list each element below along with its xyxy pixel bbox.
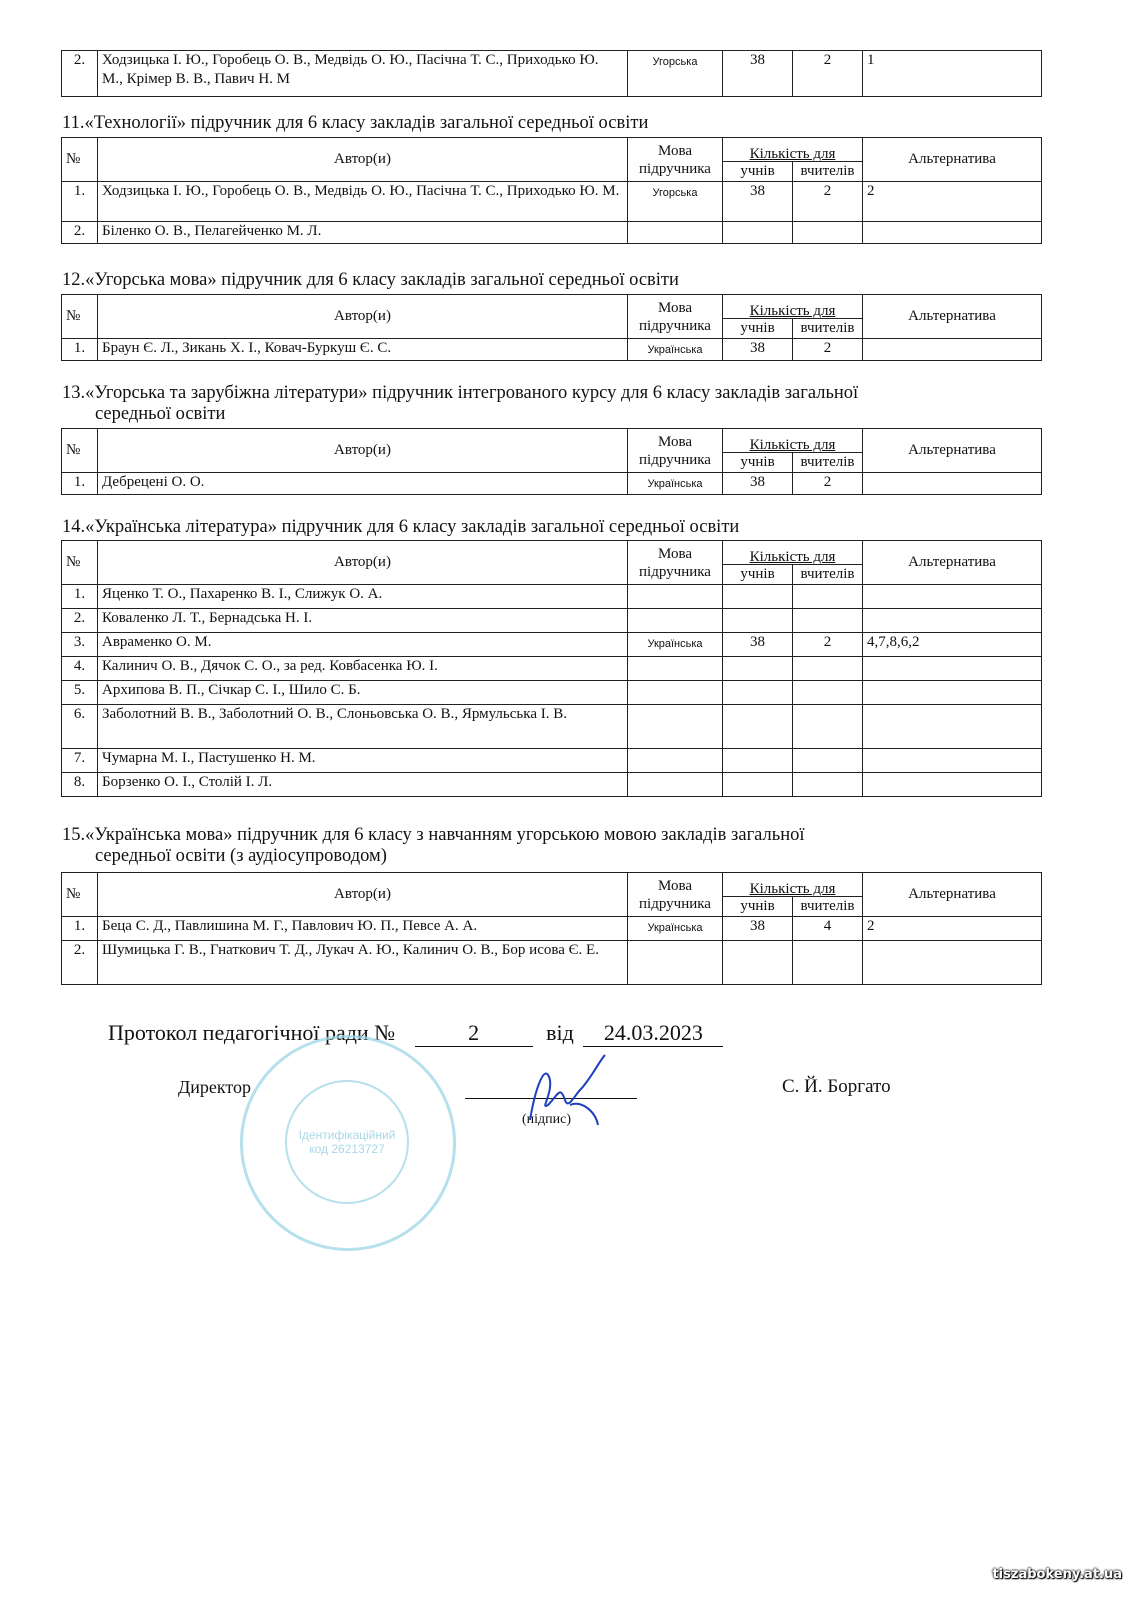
header-language-l2: підручника <box>639 896 711 912</box>
row-authors: Яценко Т. О., Пахаренко В. І., Слижук О.… <box>98 585 628 609</box>
header-language-l1: Мова <box>658 143 692 159</box>
row-language <box>628 657 723 681</box>
table-header-row: № Автор(и) Мовапідручника Кількість для … <box>62 873 1042 897</box>
section-heading: 13.«Угорська та зарубіжна літератури» пі… <box>62 383 1062 425</box>
row-students: 38 <box>723 339 793 361</box>
row-alternative <box>863 773 1042 797</box>
row-alternative <box>863 609 1042 633</box>
table-row: 2. Шумицька Г. В., Гнаткович Т. Д., Лука… <box>62 941 1042 985</box>
row-alternative: 4,7,8,6,2 <box>863 633 1042 657</box>
row-alternative <box>863 473 1042 495</box>
row-students <box>723 585 793 609</box>
row-number: 2. <box>62 222 98 244</box>
row-students <box>723 773 793 797</box>
row-number: 2. <box>62 609 98 633</box>
row-number: 1. <box>62 473 98 495</box>
row-authors: Беца С. Д., Павлишина М. Г., Павлович Ю.… <box>98 917 628 941</box>
section-title-cont: середньої освіти (з аудіосупроводом) <box>62 846 1062 867</box>
section-number: 14. <box>62 517 85 537</box>
row-number: 4. <box>62 657 98 681</box>
row-students: 38 <box>723 182 793 222</box>
section-title: «Технології» підручник для 6 класу закла… <box>84 113 648 133</box>
table-row: 1. Ходзицька І. Ю., Горобець О. В., Медв… <box>62 182 1042 222</box>
row-teachers <box>793 609 863 633</box>
protocol-date: 24.03.2023 <box>583 1020 723 1047</box>
row-alternative <box>863 749 1042 773</box>
row-language: Українська <box>628 339 723 361</box>
table-continuation: 2. Ходзицька І. Ю., Горобець О. В., Медв… <box>61 50 1042 97</box>
table-row: 2. Біленко О. В., Пелагейченко М. Л. <box>62 222 1042 244</box>
row-authors: Браун Є. Л., Зикань Х. І., Ковач-Буркуш … <box>98 339 628 361</box>
header-language-l2: підручника <box>639 564 711 580</box>
row-number: 2. <box>62 941 98 985</box>
table-header-row: № Автор(и) Мовапідручника Кількість для … <box>62 541 1042 565</box>
row-language <box>628 941 723 985</box>
textbook-table: № Автор(и) Мовапідручника Кількість для … <box>61 294 1042 361</box>
row-authors: Дебрецені О. О. <box>98 473 628 495</box>
header-alternative: Альтернатива <box>863 429 1042 473</box>
header-alternative: Альтернатива <box>863 541 1042 585</box>
row-students: 38 <box>723 917 793 941</box>
row-students <box>723 705 793 749</box>
table-header-row: № Автор(и) Мовапідручника Кількість для … <box>62 295 1042 319</box>
section-title: «Угорська мова» підручник для 6 класу за… <box>85 270 679 290</box>
table-row: 8. Борзенко О. І., Столій І. Л. <box>62 773 1042 797</box>
header-language-l2: підручника <box>639 161 711 177</box>
row-teachers: 2 <box>793 182 863 222</box>
header-number: № <box>62 295 98 339</box>
header-quantity: Кількість для <box>723 138 863 162</box>
row-language: Українська <box>628 917 723 941</box>
row-language <box>628 681 723 705</box>
row-authors: Авраменко О. М. <box>98 633 628 657</box>
row-authors: Ходзицька І. Ю., Горобець О. В., Медвідь… <box>98 182 628 222</box>
row-students <box>723 222 793 244</box>
header-language: Мовапідручника <box>628 295 723 339</box>
row-teachers <box>793 773 863 797</box>
row-number: 1. <box>62 339 98 361</box>
header-quantity: Кількість для <box>723 541 863 565</box>
director-label: Директор <box>178 1077 251 1098</box>
row-alternative <box>863 339 1042 361</box>
row-teachers: 2 <box>793 339 863 361</box>
textbook-table: № Автор(и) Мовапідручника Кількість для … <box>61 540 1042 797</box>
header-language: Мовапідручника <box>628 541 723 585</box>
section-number: 15. <box>62 825 85 845</box>
row-students <box>723 749 793 773</box>
section-heading: 12.«Угорська мова» підручник для 6 класу… <box>62 270 1062 291</box>
stamp-text-l1: Ідентифікаційний <box>287 1128 407 1142</box>
header-alternative: Альтернатива <box>863 873 1042 917</box>
section-heading: 11.«Технології» підручник для 6 класу за… <box>62 113 1062 134</box>
section-number: 11. <box>62 113 84 133</box>
header-alternative: Альтернатива <box>863 138 1042 182</box>
row-language: Угорська <box>628 182 723 222</box>
header-teachers: вчителів <box>793 897 863 917</box>
row-teachers: 2 <box>793 473 863 495</box>
row-language <box>628 705 723 749</box>
stamp-text-l2: код 26213727 <box>287 1142 407 1156</box>
row-alternative: 1 <box>863 51 1042 97</box>
header-authors: Автор(и) <box>98 873 628 917</box>
signature-icon <box>510 1050 620 1130</box>
header-number: № <box>62 429 98 473</box>
textbook-table: № Автор(и) Мовапідручника Кількість для … <box>61 137 1042 244</box>
header-students: учнів <box>723 897 793 917</box>
row-alternative: 2 <box>863 917 1042 941</box>
table-row: 1. Беца С. Д., Павлишина М. Г., Павлович… <box>62 917 1042 941</box>
section-title-cont: середньої освіти <box>62 404 1062 425</box>
official-stamp: Ідентифікаційний код 26213727 <box>240 1035 456 1251</box>
row-teachers <box>793 749 863 773</box>
row-alternative <box>863 681 1042 705</box>
section-title: «Українська література» підручник для 6 … <box>85 517 739 537</box>
director-name: С. Й. Боргато <box>782 1076 891 1098</box>
row-students: 38 <box>723 51 793 97</box>
row-teachers: 2 <box>793 633 863 657</box>
row-students: 38 <box>723 473 793 495</box>
row-language <box>628 585 723 609</box>
row-language <box>628 749 723 773</box>
header-students: учнів <box>723 453 793 473</box>
row-students <box>723 681 793 705</box>
row-alternative <box>863 585 1042 609</box>
row-students <box>723 609 793 633</box>
header-authors: Автор(и) <box>98 541 628 585</box>
row-authors: Коваленко Л. Т., Бернадська Н. І. <box>98 609 628 633</box>
row-teachers <box>793 941 863 985</box>
header-teachers: вчителів <box>793 453 863 473</box>
row-authors: Біленко О. В., Пелагейченко М. Л. <box>98 222 628 244</box>
row-authors: Борзенко О. І., Столій І. Л. <box>98 773 628 797</box>
table-row: 2. Ходзицька І. Ю., Горобець О. В., Медв… <box>62 51 1042 97</box>
header-teachers: вчителів <box>793 319 863 339</box>
row-number: 7. <box>62 749 98 773</box>
row-language <box>628 609 723 633</box>
row-alternative <box>863 705 1042 749</box>
row-language: Українська <box>628 633 723 657</box>
header-authors: Автор(и) <box>98 295 628 339</box>
row-number: 2. <box>62 51 98 97</box>
row-students <box>723 941 793 985</box>
header-students: учнів <box>723 162 793 182</box>
table-row: 1. Дебрецені О. О. Українська 38 2 <box>62 473 1042 495</box>
row-alternative: 2 <box>863 182 1042 222</box>
row-authors: Чумарна М. І., Пастушенко Н. М. <box>98 749 628 773</box>
header-quantity: Кількість для <box>723 429 863 453</box>
header-language-l1: Мова <box>658 300 692 316</box>
header-language: Мовапідручника <box>628 873 723 917</box>
row-alternative <box>863 222 1042 244</box>
row-teachers <box>793 585 863 609</box>
row-number: 3. <box>62 633 98 657</box>
header-authors: Автор(и) <box>98 138 628 182</box>
header-quantity: Кількість для <box>723 295 863 319</box>
table-row: 1. Браун Є. Л., Зикань Х. І., Ковач-Бурк… <box>62 339 1042 361</box>
row-teachers <box>793 681 863 705</box>
row-students <box>723 657 793 681</box>
table-row: 1. Яценко Т. О., Пахаренко В. І., Слижук… <box>62 585 1042 609</box>
section-number: 13. <box>62 383 85 403</box>
header-language-l1: Мова <box>658 434 692 450</box>
header-authors: Автор(и) <box>98 429 628 473</box>
section-title: «Українська мова» підручник для 6 класу … <box>85 825 804 845</box>
section-heading: 15.«Українська мова» підручник для 6 кла… <box>62 825 1062 867</box>
table-row: 3. Авраменко О. М. Українська 38 2 4,7,8… <box>62 633 1042 657</box>
protocol-number: 2 <box>415 1020 533 1047</box>
row-number: 1. <box>62 182 98 222</box>
header-alternative: Альтернатива <box>863 295 1042 339</box>
row-authors: Заболотний В. В., Заболотний О. В., Слон… <box>98 705 628 749</box>
section-number: 12. <box>62 270 85 290</box>
row-language <box>628 773 723 797</box>
section-heading: 14.«Українська література» підручник для… <box>62 517 1062 538</box>
row-teachers <box>793 657 863 681</box>
row-teachers: 4 <box>793 917 863 941</box>
table-row: 4. Калинич О. В., Дячок С. О., за ред. К… <box>62 657 1042 681</box>
header-quantity: Кількість для <box>723 873 863 897</box>
row-alternative <box>863 657 1042 681</box>
header-students: учнів <box>723 565 793 585</box>
header-teachers: вчителів <box>793 162 863 182</box>
header-number: № <box>62 873 98 917</box>
row-students: 38 <box>723 633 793 657</box>
row-authors: Архипова В. П., Січкар С. І., Шило С. Б. <box>98 681 628 705</box>
row-language: Українська <box>628 473 723 495</box>
header-number: № <box>62 138 98 182</box>
header-language-l1: Мова <box>658 546 692 562</box>
row-teachers: 2 <box>793 51 863 97</box>
row-number: 8. <box>62 773 98 797</box>
protocol-from-label: від <box>546 1020 574 1045</box>
table-header-row: № Автор(и) Мовапідручника Кількість для … <box>62 138 1042 162</box>
header-language-l1: Мова <box>658 878 692 894</box>
row-authors: Шумицька Г. В., Гнаткович Т. Д., Лукач А… <box>98 941 628 985</box>
table-row: 2. Коваленко Л. Т., Бернадська Н. І. <box>62 609 1042 633</box>
table-header-row: № Автор(и) Мовапідручника Кількість для … <box>62 429 1042 453</box>
header-teachers: вчителів <box>793 565 863 585</box>
header-students: учнів <box>723 319 793 339</box>
header-number: № <box>62 541 98 585</box>
header-language-l2: підручника <box>639 452 711 468</box>
header-language-l2: підручника <box>639 318 711 334</box>
table-row: 7. Чумарна М. І., Пастушенко Н. М. <box>62 749 1042 773</box>
row-authors: Ходзицька І. Ю., Горобець О. В., Медвідь… <box>98 51 628 97</box>
table-row: 6. Заболотний В. В., Заболотний О. В., С… <box>62 705 1042 749</box>
row-number: 1. <box>62 917 98 941</box>
row-number: 1. <box>62 585 98 609</box>
row-number: 6. <box>62 705 98 749</box>
row-authors: Калинич О. В., Дячок С. О., за ред. Ковб… <box>98 657 628 681</box>
header-language: Мовапідручника <box>628 429 723 473</box>
textbook-table: № Автор(и) Мовапідручника Кількість для … <box>61 428 1042 495</box>
row-teachers <box>793 222 863 244</box>
row-teachers <box>793 705 863 749</box>
header-language: Мовапідручника <box>628 138 723 182</box>
textbook-table: № Автор(и) Мовапідручника Кількість для … <box>61 872 1042 985</box>
watermark: tiszabokeny.at.ua <box>992 1567 1122 1582</box>
row-alternative <box>863 941 1042 985</box>
table-row: 5. Архипова В. П., Січкар С. І., Шило С.… <box>62 681 1042 705</box>
row-language: Угорська <box>628 51 723 97</box>
section-title: «Угорська та зарубіжна літератури» підру… <box>85 383 858 403</box>
row-language <box>628 222 723 244</box>
protocol-line: Протокол педагогічної ради № 2 від 24.03… <box>108 1020 723 1047</box>
row-number: 5. <box>62 681 98 705</box>
